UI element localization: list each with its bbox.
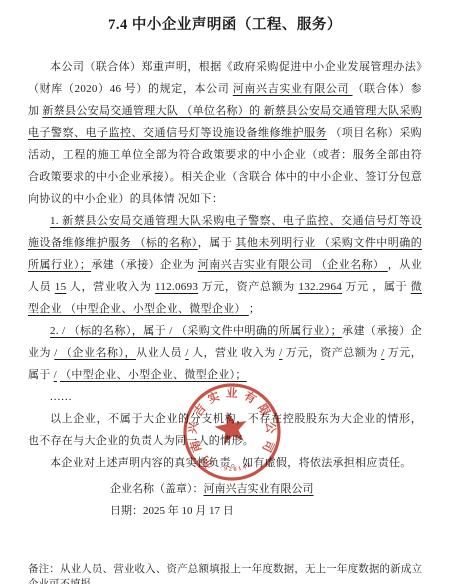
signature-date-line: 日期：2025 年 10 月 17 日 — [110, 500, 422, 522]
signature-company-line: 企业名称（盖章）：河南兴吉实业有限公司 — [110, 478, 422, 500]
document-body: 本公司（联合体）郑重声明，根据《政府采购促进中小企业发展管理办法》（财库（202… — [28, 56, 422, 474]
paragraph-conclusion-2: 本企业对上述声明内容的真实性负责。如有虚假，将依法承担相应责任。 — [28, 452, 422, 474]
footnote: 备注：从业人员、营业收入、资产总额填报上一年度数据，无上一年度数据的新成立企业可… — [28, 562, 422, 584]
employee-count: 15 — [55, 281, 67, 293]
paragraph-item1: 1. 新蔡县公安局交通管理大队采购电子警察、电子监控、交通信号灯等设施设备维修维… — [28, 210, 422, 320]
signature-block: 企业名称（盖章）：河南兴吉实业有限公司 日期：2025 年 10 月 17 日 — [110, 478, 422, 522]
paragraph-item2: 2. / （标的名称），属于 / （采购文件中明确的所属行业）；承建（承接）企业… — [28, 320, 422, 386]
contractor-name-blank: 河南兴吉实业有限公司 （企业名称） — [198, 259, 388, 271]
signature-company-value: 河南兴吉实业有限公司 — [204, 483, 314, 495]
assets-value: 132.2964 — [298, 281, 342, 293]
document-page: 7.4 中小企业声明函（工程、服务） 本公司（联合体）郑重声明，根据《政府采购促… — [0, 0, 450, 584]
company-name-blank: 河南兴吉实业有限公司 — [233, 83, 353, 95]
paragraph-conclusion-1: 以上企业，不属于大企业的分支机构，不存在控股股东为大企业的情形，也不存在与大企业… — [28, 408, 422, 452]
revenue-value: 112.0693 — [155, 281, 198, 293]
ellipsis-line: ...... — [28, 386, 422, 408]
paragraph-intro: 本公司（联合体）郑重声明，根据《政府采购促进中小企业发展管理办法》（财库（202… — [28, 56, 422, 210]
signature-company-label: 企业名称（盖章）： — [110, 483, 204, 495]
page-title: 7.4 中小企业声明函（工程、服务） — [0, 0, 450, 34]
